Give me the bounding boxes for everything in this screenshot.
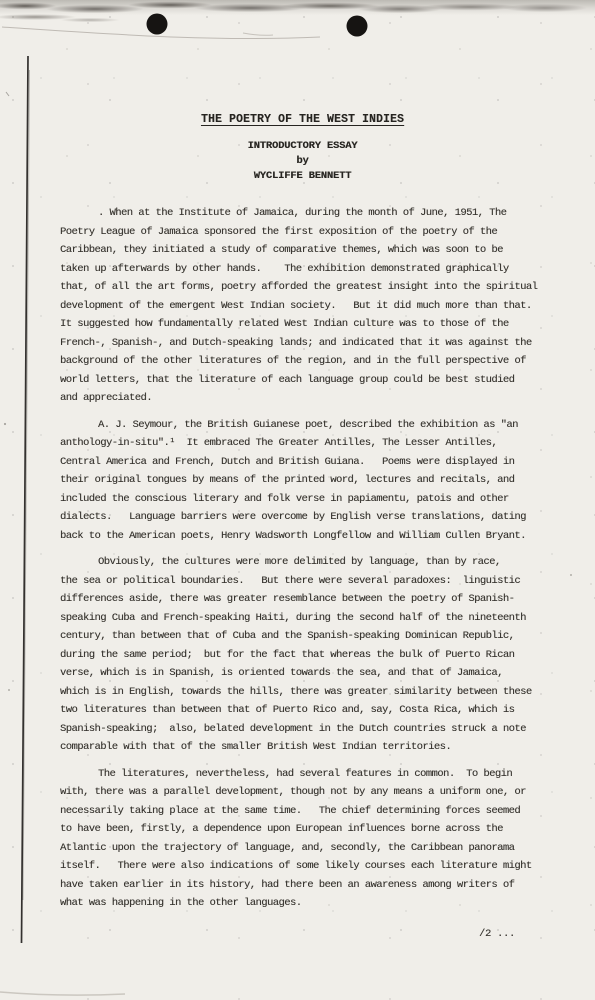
byline: by	[0, 155, 595, 167]
margin-speck	[6, 92, 9, 96]
punch-hole-right	[347, 16, 368, 37]
page-edge-line-ghost	[23, 70, 30, 900]
page-marker: /2 ...	[479, 928, 515, 940]
page-edge-line	[22, 56, 29, 943]
punch-hole-left	[147, 14, 168, 35]
document-body: . When at the Institute of Jamaica, duri…	[60, 204, 552, 921]
scanned-document-page: THE POETRY OF THE WEST INDIES INTRODUCTO…	[0, 0, 595, 1000]
margin-speck	[570, 574, 572, 576]
pencil-stroke-small	[243, 33, 273, 35]
paragraph-1: . When at the Institute of Jamaica, duri…	[60, 204, 552, 408]
paragraph-3: Obviously, the cultures were more delimi…	[60, 553, 552, 757]
author-name: WYCLIFFE BENNETT	[0, 170, 595, 182]
margin-speck	[8, 689, 10, 691]
document-title: THE POETRY OF THE WEST INDIES	[0, 113, 595, 126]
scan-noise-band-left	[0, 12, 130, 24]
pencil-stroke	[2, 27, 320, 39]
paragraph-2: A. J. Seymour, the British Guianese poet…	[60, 416, 552, 546]
bottom-smudge	[0, 992, 125, 995]
margin-speck	[4, 423, 6, 425]
scan-noise-band	[0, 0, 595, 22]
paragraph-4: The literatures, nevertheless, had sever…	[60, 765, 552, 913]
document-subtitle: INTRODUCTORY ESSAY	[0, 140, 595, 152]
